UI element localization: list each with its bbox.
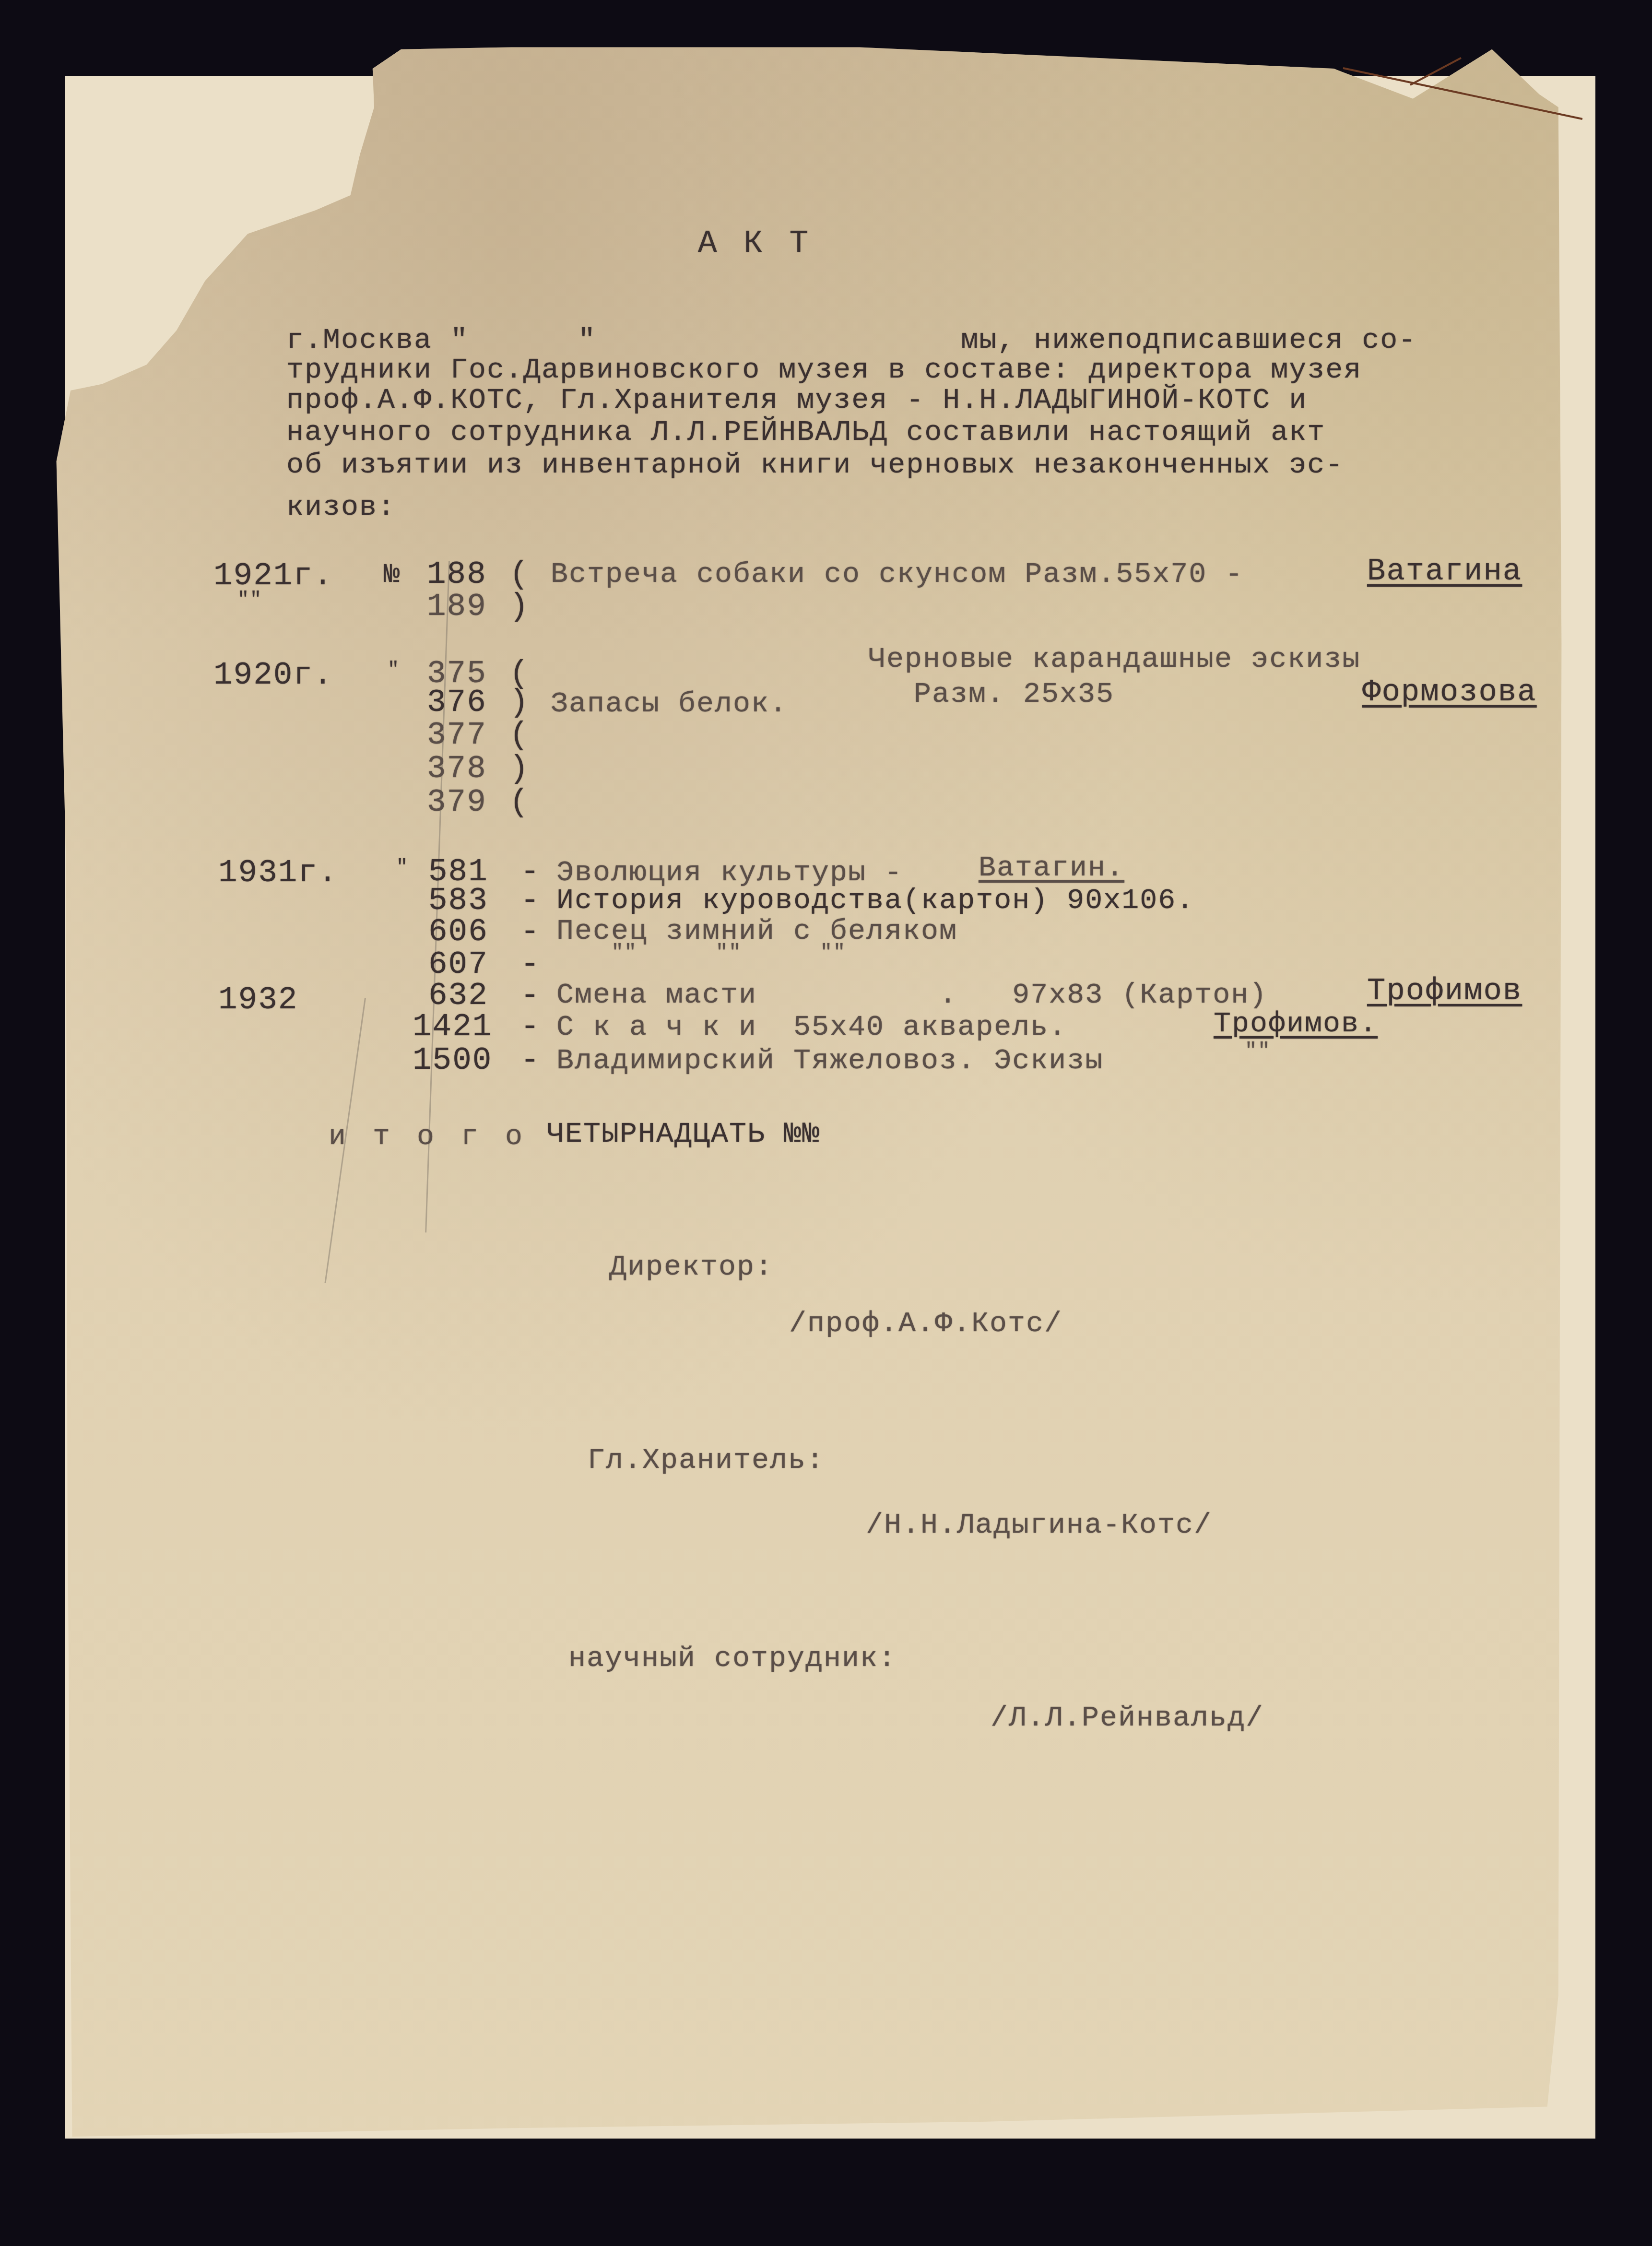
- entry-year: 1920г.: [213, 660, 333, 691]
- entry-bracket: -: [520, 885, 541, 917]
- entry-description: Запасы белок.: [551, 690, 788, 719]
- entry-number: 1500: [413, 1045, 492, 1076]
- intro-line: научного сотрудника Л.Л.РЕЙНВАЛЬД состав…: [286, 418, 1325, 447]
- entry-bracket: -: [520, 1011, 541, 1043]
- entry-number: 378: [427, 753, 487, 785]
- intro-line: кизов:: [286, 493, 396, 522]
- entry-description: Смена масти . 97х83 (Картон): [556, 981, 1267, 1010]
- entry-bracket: (: [509, 720, 530, 751]
- entry-number-mark: №: [384, 561, 401, 588]
- entry-bracket: -: [520, 949, 541, 981]
- entry-bracket: (: [509, 787, 530, 818]
- intro-line: проф.А.Ф.КОТС, Гл.Хранителя музея - Н.Н.…: [286, 386, 1307, 415]
- entry-description: Встреча собаки со скунсом Разм.55х70 -: [551, 560, 1243, 589]
- entry-year: 1921г.: [213, 560, 333, 592]
- entry-number: 583: [428, 885, 488, 917]
- entry-number: 377: [427, 720, 487, 751]
- entry-number: 1421: [413, 1011, 492, 1043]
- entry-number: 376: [427, 687, 487, 719]
- entry-author: Ватагин.: [979, 854, 1124, 883]
- signature-role: Директор:: [609, 1253, 773, 1282]
- group-note-author: Формозова: [1362, 677, 1537, 708]
- group-note-size: Разм. 25х35: [914, 680, 1114, 709]
- entry-number: 189: [427, 591, 487, 623]
- entry-bracket: ): [509, 687, 530, 719]
- entry-author: "": [1245, 1041, 1271, 1061]
- entry-description: Владимирский Тяжеловоз. Эскизы: [556, 1047, 1103, 1076]
- entry-bracket: ): [509, 591, 530, 623]
- entry-year: "": [237, 591, 262, 610]
- document-title: А К Т: [698, 228, 812, 260]
- entry-number-mark: ": [388, 661, 400, 680]
- entry-number-mark: ": [396, 859, 409, 878]
- entry-bracket: -: [520, 980, 541, 1012]
- signature-role: Гл.Хранитель:: [588, 1446, 825, 1475]
- entry-description: "" "" "": [585, 943, 846, 963]
- entry-number: 606: [428, 916, 488, 948]
- entry-author: Ватагина: [1367, 556, 1522, 587]
- signature-name: /Н.Н.Ладыгина-Котс/: [866, 1511, 1212, 1540]
- entry-number: 607: [428, 949, 488, 981]
- entry-description: История куроводства(картон) 90х106.: [556, 887, 1194, 915]
- entry-number: 632: [428, 980, 488, 1012]
- signature-name: /проф.А.Ф.Котс/: [789, 1310, 1062, 1338]
- entry-description: С к а ч к и 55х40 акварель.: [556, 1013, 1067, 1042]
- entry-bracket: -: [520, 1045, 541, 1076]
- entry-year: 1932: [218, 984, 298, 1016]
- intro-line: об изъятии из инвентарной книги черновых…: [286, 451, 1344, 480]
- entry-author: Трофимов: [1367, 976, 1522, 1007]
- group-note-line: Черновые карандашные эскизы: [868, 645, 1360, 674]
- signature-name: /Л.Л.Рейнвальд/: [991, 1704, 1264, 1733]
- intro-line: трудники Гос.Дарвиновского музея в соста…: [286, 356, 1362, 385]
- entry-year: 1931г.: [218, 857, 338, 889]
- entry-bracket: (: [509, 559, 530, 591]
- entry-number: 379: [427, 787, 487, 818]
- entry-author: Трофимов.: [1214, 1010, 1378, 1039]
- entry-number: 188: [427, 559, 487, 591]
- intro-line: г.Москва " " мы, нижеподписавшиеся со-: [286, 326, 1416, 355]
- total-value: ЧЕТЫРНАДЦАТЬ №№: [547, 1120, 820, 1149]
- entry-description: Эволюция культуры -: [556, 859, 903, 887]
- entry-bracket: -: [520, 916, 541, 948]
- entry-bracket: ): [509, 753, 530, 785]
- signature-role: научный сотрудник:: [568, 1644, 897, 1673]
- total-label: и т о г о: [329, 1123, 527, 1151]
